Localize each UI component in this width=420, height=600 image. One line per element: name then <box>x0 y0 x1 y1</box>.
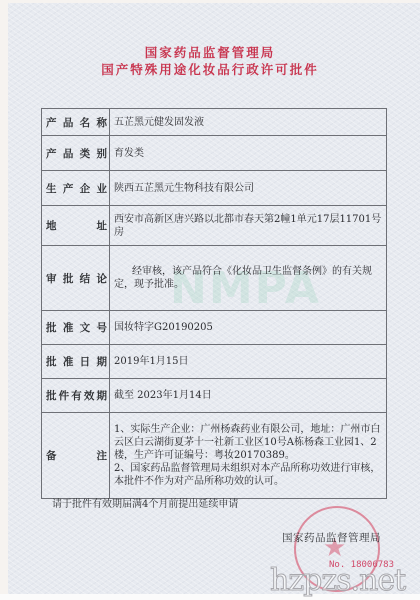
label-validity: 批件有效期 <box>42 379 110 413</box>
label-product-category: 产品类别 <box>42 136 110 171</box>
value-product-category: 育发类 <box>110 136 387 171</box>
value-product-name: 五芷黑元健发固发液 <box>110 109 387 136</box>
row-product-category: 产品类别 育发类 <box>42 136 387 171</box>
remark-2: 2、国家药品监督管理局未组织对本产品所称功效进行审核，本批件不作为对产品所称功效… <box>114 462 382 488</box>
row-approval-date: 批准日期 2019年1月15日 <box>42 345 387 379</box>
value-approval-conclusion: 经审核，该产品符合《化妆品卫生监督条例》的有关规定，现予批准。 <box>110 246 387 311</box>
row-validity: 批件有效期 截至 2023年1月14日 <box>42 379 387 413</box>
label-remarks: 备注 <box>42 413 110 499</box>
document-title: 国产特殊用途化妆品行政许可批件 <box>0 60 420 78</box>
value-address: 西安市高新区唐兴路以北都市春天第2幢1单元17层11701号房 <box>110 206 387 246</box>
value-approval-date: 2019年1月15日 <box>110 345 387 379</box>
row-approval-number: 批准文号 国妆特字G20190205 <box>42 311 387 345</box>
value-approval-number: 国妆特字G20190205 <box>110 311 387 345</box>
renewal-note: 请于批件有效期届满4个月前提出延续申请 <box>52 495 238 510</box>
issuer-title: 国家药品监督管理局 <box>0 43 420 61</box>
remark-1: 1、实际生产企业：广州杨森药业有限公司，地址：广州市白云区白云湖街夏茅十一社新工… <box>114 423 382 462</box>
value-validity: 截至 2023年1月14日 <box>110 379 387 413</box>
label-approval-conclusion: 审批结论 <box>42 246 110 311</box>
row-product-name: 产品名称 五芷黑元健发固发液 <box>42 109 387 136</box>
row-address: 地址 西安市高新区唐兴路以北都市春天第2幢1单元17层11701号房 <box>42 206 387 246</box>
seal-issuer: 国家药品监督管理局 <box>282 530 381 545</box>
row-remarks: 备注 1、实际生产企业：广州杨森药业有限公司，地址：广州市白云区白云湖街夏茅十一… <box>42 413 387 499</box>
label-product-name: 产品名称 <box>42 109 110 136</box>
row-manufacturer: 生产企业 陕西五芷黑元生物科技有限公司 <box>42 171 387 206</box>
label-address: 地址 <box>42 206 110 246</box>
row-approval-conclusion: 审批结论 经审核，该产品符合《化妆品卫生监督条例》的有关规定，现予批准。 <box>42 246 387 311</box>
label-approval-number: 批准文号 <box>42 311 110 345</box>
label-approval-date: 批准日期 <box>42 345 110 379</box>
site-watermark: hzpzs.net <box>270 563 405 598</box>
label-manufacturer: 生产企业 <box>42 171 110 206</box>
value-remarks: 1、实际生产企业：广州杨森药业有限公司，地址：广州市白云区白云湖街夏茅十一社新工… <box>110 413 387 499</box>
license-table: 产品名称 五芷黑元健发固发液 产品类别 育发类 生产企业 陕西五芷黑元生物科技有… <box>41 108 387 499</box>
value-manufacturer: 陕西五芷黑元生物科技有限公司 <box>110 171 387 206</box>
